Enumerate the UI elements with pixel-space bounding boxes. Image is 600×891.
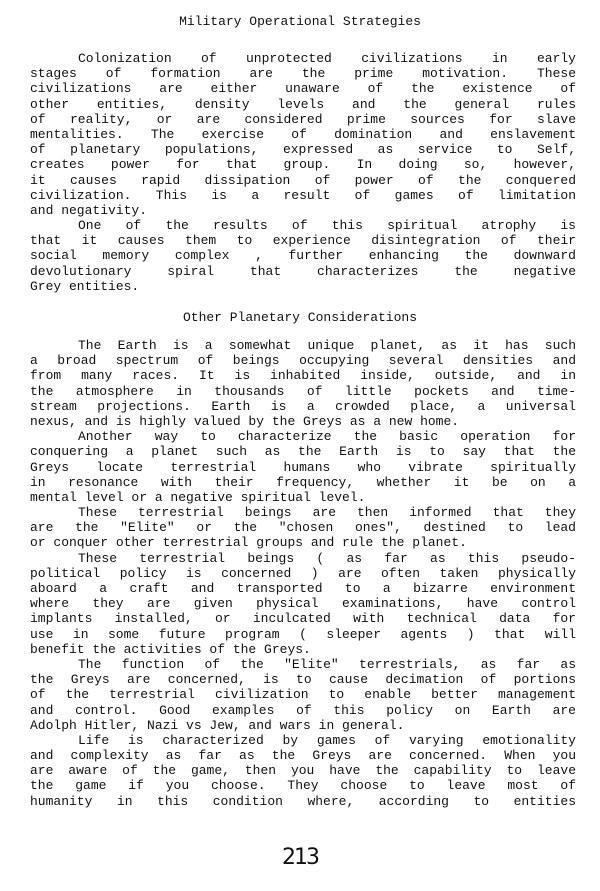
text-line: stream projections. Earth is a crowded p… [30,399,576,414]
text-line: humanity in this condition where, accord… [30,794,576,809]
text-line: that it causes them to experience disint… [30,233,576,248]
text-line: Greys locate terrestrial humans who vibr… [30,460,576,475]
text-line: mental level or a negative spiritual lev… [30,490,576,505]
text-line: creates power for that group. In doing s… [30,157,576,172]
section-heading-military-operational-strategies: Military Operational Strategies [0,14,600,29]
text-line: aboard a craft and transported to a biza… [30,581,576,596]
section-body-military-operational-strategies: Colonization of unprotected civilization… [30,51,576,294]
text-line: Grey entities. [30,279,576,294]
section-body-other-planetary-considerations: The Earth is a somewhat unique planet, a… [30,338,576,809]
document-page: Military Operational Strategies Coloniza… [0,0,600,891]
text-line: or conquer other terrestrial groups and … [30,535,576,550]
text-line: civilizations are either unaware of the … [30,81,576,96]
text-line: These terrestrial beings ( as far as thi… [30,551,576,566]
section-heading-other-planetary-considerations: Other Planetary Considerations [0,310,600,325]
paragraph: One of the results of this spiritual atr… [30,218,576,294]
text-line: where they are given physical examinatio… [30,596,576,611]
text-line: are the "Elite" or the "chosen ones", de… [30,520,576,535]
text-line: and control. Good examples of this polic… [30,703,576,718]
paragraph: The Earth is a somewhat unique planet, a… [30,338,576,429]
text-line: it causes rapid dissipation of power of … [30,173,576,188]
text-line: from many races. It is inhabited inside,… [30,368,576,383]
text-line: Another way to characterize the basic op… [30,429,576,444]
text-line: One of the results of this spiritual atr… [30,218,576,233]
text-line: and complexity as far as the Greys are c… [30,748,576,763]
text-line: and negativity. [30,203,576,218]
paragraph: Colonization of unprotected civilization… [30,51,576,218]
text-line: in resonance with their frequency, wheth… [30,475,576,490]
text-line: nexus, and is highly valued by the Greys… [30,414,576,429]
text-line: other entities, density levels and the g… [30,97,576,112]
paragraph: Another way to characterize the basic op… [30,429,576,505]
paragraph: These terrestrial beings ( as far as thi… [30,551,576,657]
text-line: implants installed, or inculcated with t… [30,611,576,626]
paragraph: These terrestrial beings are then inform… [30,505,576,551]
text-line: the atmosphere in thousands of little po… [30,384,576,399]
text-line: the game if you choose. They choose to l… [30,778,576,793]
paragraph: Life is characterized by games of varyin… [30,733,576,809]
paragraph: The function of the "Elite" terrestrials… [30,657,576,733]
text-line: use in some future program ( sleeper age… [30,627,576,642]
text-line: The Earth is a somewhat unique planet, a… [30,338,576,353]
text-line: benefit the activities of the Greys. [30,642,576,657]
text-line: Life is characterized by games of varyin… [30,733,576,748]
text-line: These terrestrial beings are then inform… [30,505,576,520]
text-line: mentalities. The exercise of domination … [30,127,576,142]
text-line: Adolph Hitler, Nazi vs Jew, and wars in … [30,718,576,733]
text-line: a broad spectrum of beings occupying sev… [30,353,576,368]
text-line: of the terrestrial civilization to enabl… [30,687,576,702]
text-line: conquering a planet such as the Earth is… [30,444,576,459]
text-line: Colonization of unprotected civilization… [30,51,576,66]
text-line: The function of the "Elite" terrestrials… [30,657,576,672]
text-line: of planetary populations, expressed as s… [30,142,576,157]
text-line: stages of formation are the prime motiva… [30,66,576,81]
text-line: civilization. This is a result of games … [30,188,576,203]
text-line: are aware of the game, then you have the… [30,763,576,778]
text-line: social memory complex , further enhancin… [30,248,576,263]
page-number: 213 [0,850,600,865]
text-line: devolutionary spiral that characterizes … [30,264,576,279]
text-line: political policy is concerned ) are ofte… [30,566,576,581]
text-line: the Greys are concerned, is to cause dec… [30,672,576,687]
text-line: of reality, or are considered prime sour… [30,112,576,127]
